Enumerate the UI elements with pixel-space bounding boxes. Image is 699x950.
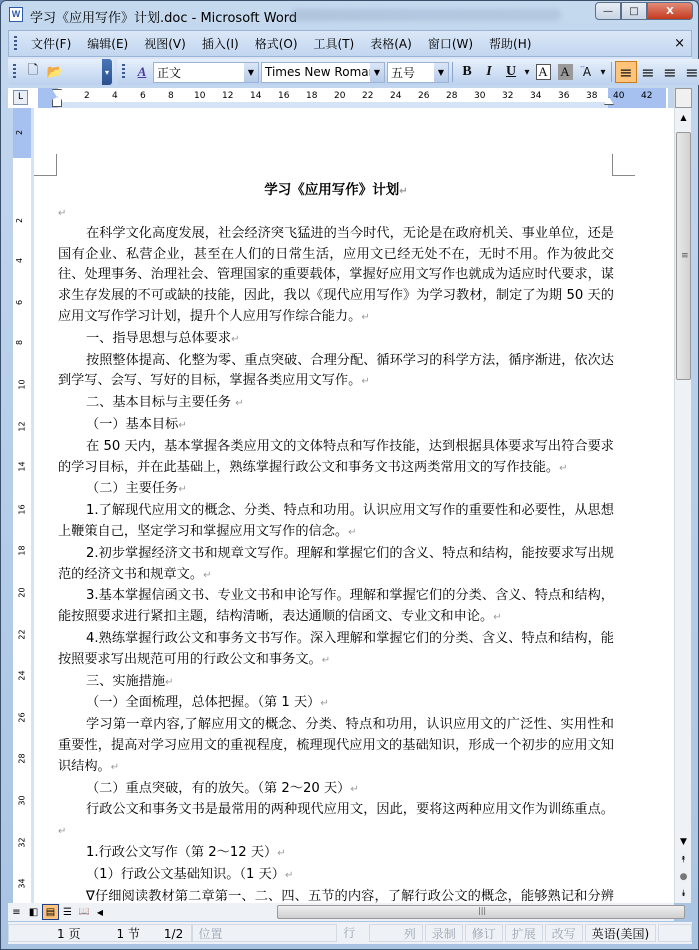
paragraph-method: 按照整体提高、化整为零、重点突破、合理分配、循环学习的科学方法，循序渐进，依次达…	[58, 351, 614, 394]
subheading-admin-basics: （1）行政公文基础知识。（1 天）↵	[58, 865, 614, 887]
ruler-tick: 8	[15, 340, 24, 345]
status-language[interactable]: 英语(美国)	[585, 924, 656, 942]
heading-guiding-principle: 一、指导思想与总体要求↵	[58, 329, 614, 351]
status-page: 1 页	[57, 925, 80, 941]
paragraph-task-4: 4.熟练掌握行政公文和事务文书写作。深入理解和掌握它们的分类、含义、特点和结构，…	[58, 629, 614, 672]
ruler-tick: 34	[18, 878, 27, 888]
menu-bar: 文件(F) 编辑(E) 视图(V) 插入(I) 格式(O) 工具(T) 表格(A…	[8, 30, 692, 57]
formatting-toolbar: A 正文 ▼ Times New Roman ▼ 五号 ▼ B I U ▾ A …	[117, 59, 699, 85]
ruler-tick: 28	[18, 753, 27, 763]
horizontal-scroll-thumb[interactable]: |||	[277, 905, 685, 919]
crop-mark-top-left	[34, 154, 57, 176]
ruler-tick: 28	[446, 91, 457, 101]
paragraph-basic-goals: 在 50 天内，基本掌握各类应用文的文体特点和写作技能，达到根据具体要求写出符合…	[58, 437, 614, 480]
ruler-tick: 2	[84, 91, 90, 101]
status-record[interactable]: 录制	[425, 924, 463, 942]
ruler-tick: 10	[18, 379, 27, 389]
outline-view-button[interactable]: ☰	[59, 904, 76, 920]
menu-tools[interactable]: 工具(T)	[306, 35, 363, 52]
ruler-tick: 24	[390, 91, 401, 101]
menu-insert[interactable]: 插入(I)	[194, 35, 247, 52]
normal-view-button[interactable]: ≡	[8, 904, 25, 920]
ruler-tick: 30	[18, 795, 27, 805]
subheading-admin-writing: 1.行政公文写作（第 2～12 天）↵	[58, 843, 614, 865]
word-app-icon[interactable]: W	[9, 7, 23, 22]
ruler-tick: 6	[140, 91, 146, 101]
minimize-button[interactable]: —	[595, 2, 621, 20]
vertical-scrollbar[interactable]: ▲ ≡ ▼ ⯭ ● ⯯	[674, 88, 691, 903]
paragraph-intro: 在科学文化高度发展，社会经济突飞猛进的当今时代，无论是在政府机关、事业单位，还是…	[58, 224, 614, 329]
ruler-tick: 24	[18, 670, 27, 680]
status-empty-cell	[658, 924, 692, 942]
web-layout-view-button[interactable]: ◧	[25, 904, 42, 920]
character-scale-button[interactable]: A ↔	[576, 61, 598, 83]
menu-table[interactable]: 表格(A)	[362, 35, 420, 52]
ruler-tick: 16	[278, 91, 289, 101]
document-body[interactable]: 学习《应用写作》计划↵ ↵ 在科学文化高度发展，社会经济突飞猛进的当今时代，无论…	[58, 180, 614, 903]
menu-edit[interactable]: 编辑(E)	[79, 35, 136, 52]
font-size-select[interactable]: 五号 ▼	[387, 62, 449, 83]
ruler-tick: 36	[558, 91, 569, 101]
ruler-tick: 34	[530, 91, 541, 101]
previous-page-icon[interactable]: ⯭	[675, 851, 692, 869]
ruler-tick: 20	[18, 587, 27, 597]
chevron-down-icon[interactable]: ▼	[370, 63, 384, 82]
close-button[interactable]: X	[647, 2, 693, 20]
ruler-tick: 4	[15, 258, 24, 263]
style-select-value: 正文	[157, 64, 181, 81]
horizontal-ruler[interactable]: L 2 4 6 8 10 12 14 16 18 20 22 24 26 28 …	[8, 88, 668, 108]
paragraph-overview: 学习第一章内容,了解应用文的概念、分类、特点和功用，认识应用文的广泛性、实用性和…	[58, 715, 614, 778]
ruler-tick: 6	[15, 300, 24, 305]
grip-icon: |||	[478, 906, 486, 915]
scroll-left-arrow-icon[interactable]: ◀	[93, 908, 107, 917]
italic-button[interactable]: I	[478, 61, 500, 83]
reading-view-button[interactable]: 📖	[76, 904, 93, 920]
ruler-tick: 2	[15, 218, 24, 223]
status-overtype[interactable]: 改写	[545, 924, 583, 942]
menu-view[interactable]: 视图(V)	[136, 35, 194, 52]
standard-toolbar: 🗋 📂 ▾	[8, 59, 114, 85]
paragraph-empty: ↵	[58, 203, 614, 224]
underline-dropdown-icon[interactable]: ▾	[522, 61, 532, 83]
underline-button[interactable]: U	[500, 61, 522, 83]
status-page-info[interactable]: 1 页 1 节 1/2	[8, 924, 192, 942]
bold-button[interactable]: B	[456, 61, 478, 83]
font-size-value: 五号	[391, 64, 415, 81]
character-scale-dropdown-icon[interactable]: ▾	[598, 61, 608, 83]
ruler-tick: 16	[18, 504, 27, 514]
ruler-tick: 42	[641, 91, 652, 101]
scroll-down-arrow-icon[interactable]: ▼	[675, 833, 692, 851]
split-box[interactable]	[675, 88, 692, 108]
maximize-button[interactable]: □	[621, 2, 647, 20]
vertical-scroll-thumb[interactable]: ≡	[676, 132, 691, 380]
ruler-tick: 4	[112, 91, 118, 101]
ruler-tick: 2	[15, 130, 24, 135]
ruler-tick: 26	[18, 712, 27, 722]
new-document-icon[interactable]: 🗋	[22, 61, 44, 83]
heading-measures: 三、实施措施↵	[58, 672, 614, 694]
close-document-icon[interactable]: ×	[674, 36, 685, 51]
status-bar: 1 页 1 节 1/2 位置 行 列 录制 修订 扩展 改写 英语(美国)	[8, 922, 692, 944]
window-controls: — □ X	[595, 2, 693, 20]
ruler-tick: 22	[18, 629, 27, 639]
ruler-tick: 38	[586, 91, 597, 101]
scroll-up-arrow-icon[interactable]: ▲	[675, 108, 692, 128]
heading-goals-tasks: 二、基本目标与主要任务 ↵	[58, 393, 614, 415]
title-bar[interactable]: W 学习《应用写作》计划.doc - Microsoft Word — □ X	[1, 1, 698, 29]
paragraph-task-2: 2.初步掌握经济文书和规章文写作。理解和掌握它们的含义、特点和结构，能按要求写出…	[58, 544, 614, 587]
grip-icon: ≡	[681, 251, 689, 261]
ruler-tick: 18	[18, 545, 27, 555]
paragraph-task-1: 1.了解现代应用文的概念、分类、特点和功用。认识应用文写作的重要性和必要性，从思…	[58, 501, 614, 544]
font-select[interactable]: Times New Roman ▼	[261, 62, 385, 83]
standard-toolbar-grip[interactable]	[13, 64, 16, 80]
ruler-tick: 12	[18, 421, 27, 431]
toolbar-options-chevron-icon[interactable]: ▾	[102, 59, 112, 85]
ruler-tick: 14	[250, 91, 261, 101]
document-page[interactable]: 学习《应用写作》计划↵ ↵ 在科学文化高度发展，社会经济突飞猛进的当今时代，无论…	[34, 108, 674, 903]
ruler-tick: 12	[222, 91, 233, 101]
status-track-changes[interactable]: 修订	[465, 924, 503, 942]
status-extend[interactable]: 扩展	[505, 924, 543, 942]
character-shading-button[interactable]: A	[554, 61, 576, 83]
status-page-of: 1/2	[164, 925, 183, 941]
ruler-tick: 32	[18, 837, 27, 847]
open-folder-icon[interactable]: 📂	[44, 61, 66, 83]
distributed-align-button[interactable]: ≡	[681, 61, 699, 83]
menubar-grip-handle[interactable]	[14, 36, 17, 52]
toolbar-separator	[452, 62, 453, 82]
ruler-tick: 32	[502, 91, 513, 101]
paragraph-admin-reading: ∇仔细阅读教材第二章第一、二、四、五节的内容，了解行政公文的概念，能够熟记和分辨…	[58, 887, 614, 904]
tab-selector[interactable]: L	[13, 90, 28, 105]
horizontal-scroll-area: ≡ ◧ ▤ ☰ 📖 ◀ ||| ▶	[8, 903, 674, 921]
justify-align-button[interactable]: ≡	[615, 61, 637, 83]
menu-format[interactable]: 格式(O)	[247, 35, 306, 52]
horizontal-scrollbar[interactable]: |||	[107, 904, 654, 920]
status-column: 列	[369, 924, 423, 942]
document-title: 学习《应用写作》计划↵	[58, 180, 614, 203]
title-bar-blurred-region	[291, 9, 561, 21]
ruler-tick: 20	[334, 91, 345, 101]
ruler-tick: 30	[474, 91, 485, 101]
right-align-button[interactable]: ≡	[659, 61, 681, 83]
word-window: W 学习《应用写作》计划.doc - Microsoft Word — □ X …	[0, 0, 699, 950]
subheading-focus: （二）重点突破，有的放矢。（第 2～20 天）↵	[58, 779, 614, 801]
chevron-down-icon[interactable]: ▼	[244, 63, 258, 82]
font-select-value: Times New Roman	[265, 65, 376, 79]
menu-file[interactable]: 文件(F)	[23, 35, 79, 52]
status-position: 位置	[192, 924, 338, 942]
vertical-ruler[interactable]: 2 2 4 6 8 10 12 14 16 18 20 22 24 26 28 …	[13, 108, 31, 903]
ruler-tick: 22	[362, 91, 373, 101]
chevron-down-icon[interactable]: ▼	[434, 63, 448, 82]
subheading-basic-goals: （一）基本目标↵	[58, 415, 614, 437]
crop-mark-top-right	[612, 154, 635, 176]
center-align-button[interactable]: ≡	[637, 61, 659, 83]
character-border-button[interactable]: A	[532, 61, 554, 83]
toolbar-separator	[611, 62, 612, 82]
ruler-tick: 8	[168, 91, 174, 101]
status-section: 1 节	[116, 925, 139, 941]
paragraph-focus: 行政公文和事务文书是最常用的两种现代应用文，因此，要将这两种应用文作为训练重点。…	[58, 800, 614, 843]
print-layout-view-button[interactable]: ▤	[42, 904, 59, 920]
window-title: 学习《应用写作》计划.doc - Microsoft Word	[30, 7, 297, 26]
ruler-tick: 14	[18, 461, 27, 471]
formatting-toolbar-grip[interactable]	[122, 64, 125, 80]
subheading-main-tasks: （二）主要任务↵	[58, 479, 614, 501]
style-select[interactable]: 正文 ▼	[153, 62, 259, 83]
ruler-tick: 26	[418, 91, 429, 101]
paragraph-task-3: 3.基本掌握信函文书、专业文书和申论写作。理解和掌握它们的分类、含义、特点和结构…	[58, 586, 614, 629]
arrows-icon: ↔	[579, 62, 586, 70]
status-line: 行	[337, 924, 369, 942]
ruler-tick: 40	[613, 91, 624, 101]
select-browse-object-icon[interactable]: ●	[675, 868, 692, 886]
styles-icon[interactable]: A	[131, 61, 153, 83]
ruler-tick: 18	[306, 91, 317, 101]
menu-window[interactable]: 窗口(W)	[420, 35, 481, 52]
subheading-overview: （一）全面梳理，总体把握。（第 1 天）↵	[58, 693, 614, 715]
menu-help[interactable]: 帮助(H)	[481, 35, 539, 52]
ruler-tick: 10	[194, 91, 205, 101]
next-page-icon[interactable]: ⯯	[675, 885, 692, 903]
toolbar: 🗋 📂 ▾ A 正文 ▼ Times New Roman ▼ 五号 ▼ B I …	[8, 57, 692, 87]
